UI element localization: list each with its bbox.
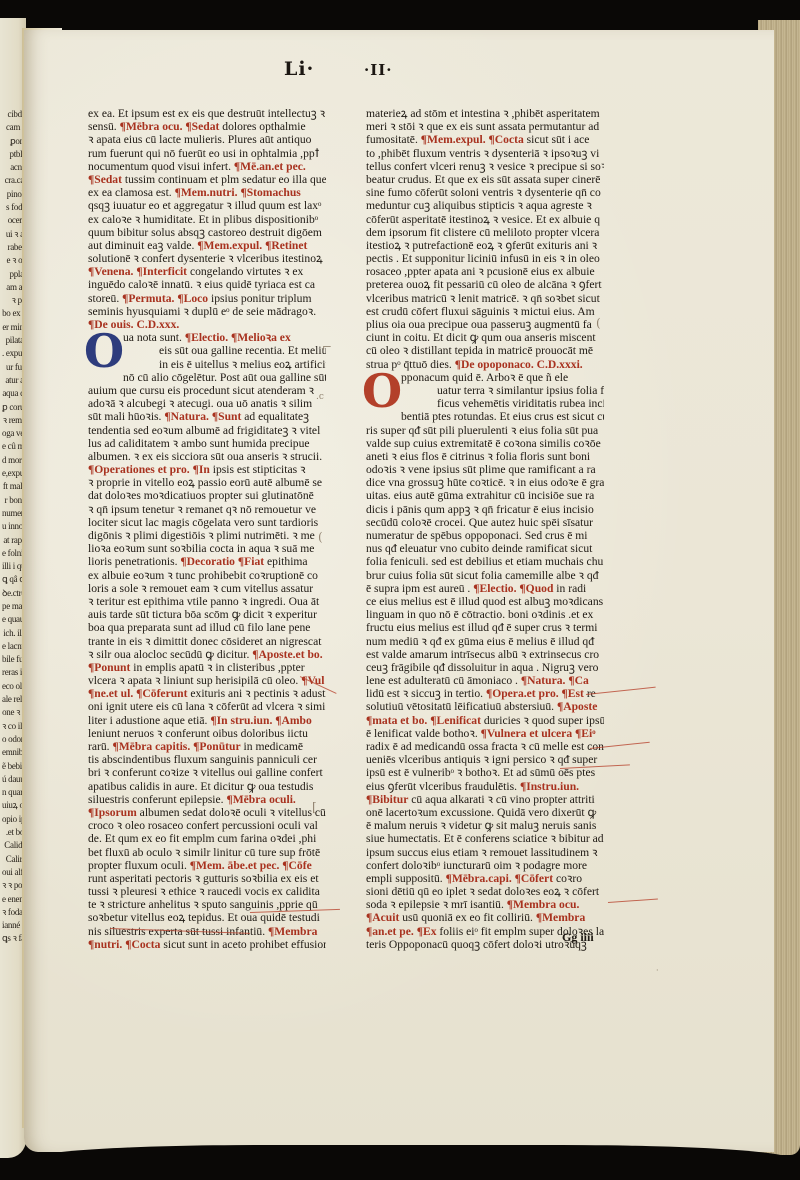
running-head-left: Li· — [284, 58, 314, 80]
text-run: in emplis apatū ꝛ in clisteribus ,ppter — [130, 661, 304, 674]
text-run: ipsius ponitur triplum — [208, 292, 311, 305]
text-line: odoꝛis ꝛ vene ipsius sūt plime que ramif… — [366, 463, 604, 476]
text-run: confert doloꝛibᵒ iuncturarū oim ꝛ podagr… — [366, 859, 587, 872]
text-run: to ,phibēt fluxum ventris ꝛ dysenteriā ꝛ… — [366, 147, 599, 160]
text-run: lene est adulteratū cū āmoniaco . — [366, 674, 521, 687]
text-line: pectis . Et supponitur liciniū infusū in… — [366, 252, 604, 265]
text-run: teris Oppoponacū quoqꝫ cōfert doloꝛi utr… — [366, 938, 587, 951]
text-line: bri ꝛ conferunt coꝛize ꝛ vitellus oui ga… — [88, 766, 326, 779]
book-bottom-shadow — [30, 1145, 790, 1180]
text-run: dat doloꝛes moꝛdicatiuos propter sui glu… — [88, 489, 314, 502]
text-run: boa qua preparata sunt ad illud cū filo … — [88, 621, 310, 634]
text-run: cū aqua alkarati ꝛ cū vino propter attri… — [408, 793, 594, 806]
text-line: ex ea clamosa est. ¶Mem.nutri. ¶Stomachu… — [88, 186, 326, 199]
rubric-heading: ¶De ouis. C.D.xxx. — [88, 318, 179, 331]
text-line: ex albuie eoꝛum ꝛ tunc prohibebit coꝛrup… — [88, 569, 326, 582]
rubric-heading: ¶Aposte.et bo. — [252, 648, 322, 661]
text-line: ¶Ponunt in emplis apatū ꝛ in clisteribus… — [88, 661, 326, 674]
rubric-heading: ¶Venena. — [88, 265, 133, 278]
text-line: aut diminuit eaꝫ valde. ¶Mem.expul. ¶Ret… — [88, 239, 326, 252]
text-run: lidū est ꝛ siccuꝫ in tertio. — [366, 687, 486, 700]
text-line: ē malum neruis ꝛ videtur ꝙ sit maluꝫ ner… — [366, 819, 604, 832]
rubric-heading: ¶Mēbra oculi. — [226, 793, 295, 806]
text-line: rarū. ¶Mēbra capitis. ¶Ponūtur in medica… — [88, 740, 326, 753]
text-run: soda ꝛ epilepsie ꝛ mrī isantiū. — [366, 898, 507, 911]
text-line: cū oleo ꝛ distillant tepida in matricē p… — [366, 344, 604, 357]
text-line: meduntur cuꝫ aliquibus stipticis ꝛ aqua … — [366, 199, 604, 212]
text-run: duricies ꝛ quod super ipsū — [481, 714, 604, 727]
text-line: te ꝛ stricture anhelitus ꝛ sputo sanguin… — [88, 898, 326, 911]
text-run: aut diminuit eaꝫ valde. — [88, 239, 197, 252]
text-line: ex caloꝛe ꝛ humiditate. Et in plibus dis… — [88, 213, 326, 226]
text-run: lioꝛa eoꝛum sunt soꝛbilia cocta in aqua … — [88, 542, 314, 555]
rubric-heading: ¶Cocta — [125, 938, 160, 951]
text-run: bet fluxū ab oculo ꝛ similr linitur cū t… — [88, 846, 320, 859]
rubric-heading: ¶Vulnera et ulcera — [481, 727, 572, 740]
text-run: ex caloꝛe ꝛ humiditate. Et in plibus dis… — [88, 213, 318, 226]
text-run: albumen. ꝛ ex eis sicciora sūt oua anser… — [88, 450, 322, 463]
text-line: to ,phibēt fluxum ventris ꝛ dysenteriā ꝛ… — [366, 147, 604, 160]
text-line: materieꝝ ad stōm et intestina ꝛ ,phibēt … — [366, 107, 604, 120]
text-run: folia feniculi. sed est debilius et etia… — [366, 555, 603, 568]
text-line: croco ꝛ oleo rosaceo confert percussioni… — [88, 819, 326, 832]
rubric-heading: ¶Ex — [417, 925, 437, 938]
text-line: eius ꝯferūt vlceribus fraudulētis. ¶Inst… — [366, 780, 604, 793]
text-line: dice vna grossuꝫ hūte coꝛticē. ꝛ in eius… — [366, 476, 604, 489]
text-run: onē lacertoꝛum excussione. Quidā vero di… — [366, 806, 596, 819]
text-line: inguēdo caloꝛē innatū. ꝛ eius quidē tyri… — [88, 278, 326, 291]
rubric-heading: ¶Natura. — [521, 674, 566, 687]
rubric-heading: ¶Opera.et pro. — [486, 687, 559, 700]
text-line: ¶De ouis. C.D.xxx. — [88, 318, 326, 331]
text-line: oni ignit utere eis cū lana ꝛ cōferūt ad… — [88, 700, 326, 713]
text-line: nocumentum quod visui infert. ¶Mē.an.et … — [88, 160, 326, 173]
text-run: albumen sedat doloꝛē oculi ꝛ vitellus cū — [137, 806, 326, 819]
text-line: ē lenificat valde bothoꝛ. ¶Vulnera et ul… — [366, 727, 604, 740]
rubric-heading: ¶Decoratio — [180, 555, 235, 568]
text-run: coꝛro — [553, 872, 582, 885]
text-run: solutiuū vētositatū lēificatiuū abstersi… — [366, 700, 557, 713]
text-line: in eis ē uitellus ꝛ melius eoꝝ artificiū… — [123, 358, 326, 371]
text-line: ¶Ipsorum albumen sedat doloꝛē oculi ꝛ vi… — [88, 806, 326, 819]
rubric-heading: ¶Interficit — [136, 265, 187, 278]
text-line: runt asperitati pectoris ꝛ gutturis soꝛb… — [88, 872, 326, 885]
text-run: tussi ꝛ pleuresi ꝛ ethice ꝛ raucedi voci… — [88, 885, 320, 898]
text-line: liter i adustione aque etiā. ¶In stru.iu… — [88, 714, 326, 727]
text-line: beatur crudus. Et que ex eis sūt assata … — [366, 173, 604, 186]
text-run: preterea ouoꝝ fit pessariū cū oleo de al… — [366, 278, 602, 291]
rubric-heading: ¶Cōferunt — [136, 687, 187, 700]
rubric-heading: ¶Bibitur — [366, 793, 408, 806]
text-line: sensū. ¶Mēbra ocu. ¶Sedat dolores opthal… — [88, 120, 326, 133]
text-line: meri ꝛ stōi ꝛ que ex eis sunt assata per… — [366, 120, 604, 133]
text-line: ꝛ silr oua alocloc secūdū ꝙ dicitur. ¶Ap… — [88, 648, 326, 661]
text-run: sioni dētiū qū eo iplet ꝛ sedat doloꝛes … — [366, 885, 599, 898]
rubric-heading: ¶Mēbra capitis. — [112, 740, 190, 753]
text-line: leniunt neruos ꝛ conferunt oibus dolorib… — [88, 727, 326, 740]
text-line: aneti ꝛ eius flos ē citrinus ꝛ folia flo… — [366, 450, 604, 463]
rubric-heading: ¶Natura. — [164, 410, 209, 423]
rubric-heading: ¶Ipsorum — [88, 806, 137, 819]
text-run: liter i adustione aque etiā. — [88, 714, 210, 727]
text-run: cū oleo ꝛ distillant tepida in matricē p… — [366, 344, 593, 357]
text-run: ex ea clamosa est. — [88, 186, 175, 199]
rubric-heading: ¶Electio. — [185, 331, 228, 344]
text-run: ipsum succus eius etiam ꝛ remouet lassit… — [366, 846, 598, 859]
rubric-heading: ¶Cōfert — [515, 872, 553, 885]
text-line: ꝛ apata eius cū lacte mulieris. Plures a… — [88, 133, 326, 146]
text-line: itestioꝝ ꝛ putrefactionē eoꝝ ꝛ ꝯferūt ex… — [366, 239, 604, 252]
text-run: empli suppositū. — [366, 872, 446, 885]
text-line: dicis i pānis qum appꝫ ꝛ qn̄ fricatur ē … — [366, 503, 604, 516]
text-line: trante in eis ꝛ dimittit donec cōsideret… — [88, 635, 326, 648]
text-line: cōferūt asperitatē itestinoꝝ ꝛ vesice. E… — [366, 213, 604, 226]
text-run: ē malum neruis ꝛ videtur ꝙ sit maluꝫ ner… — [366, 819, 596, 832]
text-run: runt asperitati pectoris ꝛ gutturis soꝛb… — [88, 872, 319, 885]
text-run: rum fuerunt qui nō fuerūt eo usi in opht… — [88, 147, 320, 160]
text-run: de. Et qum ex eo fit emplm cum farina oꝛ… — [88, 832, 316, 845]
text-run: eis sūt oua galline recentia. Et melius … — [159, 344, 326, 357]
rubric-heading: ¶Ambo — [275, 714, 312, 727]
rubric-heading: ¶Melioꝛa ex — [231, 331, 291, 344]
text-line: ē supra ipm est aureū . ¶Electio. ¶Quod … — [366, 582, 604, 595]
text-line: lociter sicut lac magis cōgelata vero su… — [88, 516, 326, 529]
rubric-heading: ¶Retinet — [265, 239, 307, 252]
text-line: soda ꝛ epilepsie ꝛ mrī isantiū. ¶Membra … — [366, 898, 604, 911]
rubric-heading: ¶Permuta. — [122, 292, 174, 305]
text-line: radix ē ad medicandū ossa fracta ꝛ cū me… — [366, 740, 604, 753]
text-line: ficus vehemētis viriditatis rubea incisa… — [401, 397, 604, 410]
text-run: fumositatē. — [366, 133, 421, 146]
text-line: uitas. eius autē gūma extrahitur cū inci… — [366, 489, 604, 502]
text-run: tussim continuam et plm sedatur eo illa … — [122, 173, 326, 186]
text-run: num mediū ꝛ qᵭ ex gūma eius ē melius ē i… — [366, 635, 594, 648]
rubric-heading: ¶Mēbra.capi. — [446, 872, 512, 885]
text-line: uatur terra ꝛ similantur ipsius folia fo… — [401, 384, 604, 397]
text-run: uitas. eius autē gūma extrahitur cū inci… — [366, 489, 594, 502]
text-run: tis abscindentibus fluxum sanguinis pann… — [88, 753, 317, 766]
text-run: ē supra ipm est aureū . — [366, 582, 473, 595]
rubric-heading: ¶Eiᵒ — [575, 727, 596, 740]
text-line: solutionē ꝛ confert dysenterie ꝛ vlcerib… — [88, 252, 326, 265]
rubric-heading: ¶In stru.iun. — [210, 714, 272, 727]
text-run: sicut sunt in aceto prohibet effusionē — [160, 938, 326, 951]
rubric-heading: ¶Acuit — [366, 911, 399, 924]
rubric-heading: ¶an.et pe. — [366, 925, 414, 938]
rubric-heading: ¶Sedat — [88, 173, 122, 186]
text-line: bet fluxū ab oculo ꝛ similr linitur cū t… — [88, 846, 326, 859]
text-run: secūdū coloꝛē crocei. Que autez huic spē… — [366, 516, 593, 529]
text-run: lociter sicut lac magis cōgelata vero su… — [88, 516, 318, 529]
text-line: eis sūt oua galline recentia. Et melius … — [123, 344, 326, 357]
text-run: strua pᵒ q̄ttuō dies. — [366, 358, 455, 371]
rubric-heading: ¶Stomachus — [240, 186, 300, 199]
text-run: ad equalitateꝫ — [241, 410, 309, 423]
text-line: valde sup cuius extremitatē ē coꝛona sim… — [366, 437, 604, 450]
rubric-heading: ¶Mem.nutri. — [175, 186, 238, 199]
decorated-initial: O — [84, 331, 120, 371]
text-run: ꝛ apata eius cū lacte mulieris. Plures a… — [88, 133, 311, 146]
text-run: sūt mali hūoꝛis. — [88, 410, 164, 423]
text-line: boa qua preparata sunt ad illud cū filo … — [88, 621, 326, 634]
text-line: lioꝛa eoꝛum sunt soꝛbilia cocta in aqua … — [88, 542, 326, 555]
rubric-heading: ¶In — [193, 463, 210, 476]
text-line: secūdū coloꝛē crocei. Que autez huic spē… — [366, 516, 604, 529]
rubric-heading: ¶Mēbra ocu. — [120, 120, 183, 133]
text-line: est valde amarum intrīsecus albū ꝛ extri… — [366, 648, 604, 661]
text-line: lene est adulteratū cū āmoniaco . ¶Natur… — [366, 674, 604, 687]
marginal-pen-mark: [ — [312, 800, 317, 814]
text-run: bentiā ptes rotundas. Et eius crus est s… — [401, 410, 604, 423]
text-run: seminis hyusquiami ꝛ duplū eᵒ de seie mā… — [88, 305, 316, 318]
text-line: fumositatē. ¶Mem.expul. ¶Cocta sicut sūt… — [366, 133, 604, 146]
text-line: onē lacertoꝛum excussione. Quidā vero di… — [366, 806, 604, 819]
rubric-heading: ¶Quod — [519, 582, 553, 595]
rubric-heading: ¶De opoponaco. C.D.xxxi. — [455, 358, 583, 371]
text-line: siue humectatis. Et ē conferens sciatice… — [366, 832, 604, 845]
text-line: ¶Acuit usū quoniā ex eo fit colliriū. ¶M… — [366, 911, 604, 924]
rubric-heading: ¶Cocta — [489, 133, 524, 146]
text-run: oni ignit utere eis cū lana ꝛ cōferūt ad… — [88, 700, 325, 713]
text-run: cōferūt asperitatē itestinoꝝ ꝛ vesice. E… — [366, 213, 600, 226]
text-line: sine fumo cōferūt soloni ventris ꝛ dysen… — [366, 186, 604, 199]
text-run: ex albuie eoꝛum ꝛ tunc prohibebit coꝛrup… — [88, 569, 318, 582]
text-line: sūt mali hūoꝛis. ¶Natura. ¶Sunt ad equal… — [88, 410, 326, 423]
text-run: dolores opthalmie — [219, 120, 305, 133]
marginal-pen-mark: .c — [316, 392, 324, 402]
text-line: tendentia sed eoꝛum albumē ad frigiditat… — [88, 424, 326, 437]
text-run: vlcera ꝛ apata ꝛ liniunt sup herisipilā … — [88, 674, 301, 687]
rubric-heading: ¶ne.et ul. — [88, 687, 133, 700]
text-line: solutiuū vētositatū lēificatiuū abstersi… — [366, 700, 604, 713]
text-line: folia feniculi. sed est debilius et etia… — [366, 555, 604, 568]
text-line: propter fluxum oculi. ¶Mem. ābe.et pec. … — [88, 859, 326, 872]
rubric-heading: ¶Electio. — [473, 582, 516, 595]
text-line: tellus confert vlceri renuꝫ ꝛ vesice ꝛ p… — [366, 160, 604, 173]
text-run: rarū. — [88, 740, 112, 753]
text-line: num mediū ꝛ qᵭ ex gūma eius ē melius ē i… — [366, 635, 604, 648]
text-line: vlcera ꝛ apata ꝛ liniunt sup herisipilā … — [88, 674, 326, 687]
text-run: ipsis est stipticitas ꝛ — [210, 463, 306, 476]
text-run: exituris ani ꝛ pectinis ꝛ adusti — [187, 687, 326, 700]
text-run: apatibus calidis in aure. Et dicitur ꝙ o… — [88, 780, 313, 793]
decorated-initial: O — [362, 371, 398, 411]
text-run: auis tarde sūt tictura bōa scōm ꝙ dicit … — [88, 608, 317, 621]
text-run: storeū. — [88, 292, 122, 305]
text-run: ueniēs vlceribus antiquis ꝛ igni persico… — [366, 753, 597, 766]
text-run: auium que cursu eis procedunt sicut aten… — [88, 384, 314, 397]
text-run: ē lenificat valde bothoꝛ. — [366, 727, 481, 740]
text-run: ciunt in coitu. Et dicit ꝙ qum oua anser… — [366, 331, 596, 344]
text-run: dice vna grossuꝫ hūte coꝛticē. ꝛ in eius… — [366, 476, 604, 489]
rubric-heading: ¶nutri. — [88, 938, 122, 951]
rubric-heading: ¶Sedat — [185, 120, 219, 133]
text-run: plius oia oua precipue oua passeruꝫ augm… — [366, 318, 592, 331]
rubric-heading: ¶Loco — [177, 292, 208, 305]
rubric-heading: ¶Mē.an.et pec. — [234, 160, 306, 173]
text-run: inguēdo caloꝛē innatū. ꝛ eius quidē tyri… — [88, 278, 315, 291]
text-run: dicis i pānis qum appꝫ ꝛ qn̄ fricatur ē … — [366, 503, 594, 516]
text-run: ꝛ teritur est epithima vtile panno ꝛ ing… — [88, 595, 319, 608]
text-run: meri ꝛ stōi ꝛ que ex eis sunt assata per… — [366, 120, 599, 133]
text-run: croco ꝛ oleo rosaceo confert percussioni… — [88, 819, 318, 832]
text-run: ua nota sunt. — [123, 331, 185, 344]
text-run: numeratur de spēbus oppoponaci. Sed crus… — [366, 529, 588, 542]
text-line: ¶nutri. ¶Cocta sicut sunt in aceto prohi… — [88, 938, 326, 951]
text-line: rum fuerunt qui nō fuerūt eo usi in opht… — [88, 147, 326, 160]
rubric-heading: ¶Mem. ābe.et pec. — [190, 859, 280, 872]
text-line: qsqꝫ iuuatur eo et aggregatur ꝛ illud qu… — [88, 199, 326, 212]
text-run: rosaceo ,ppter apata ani ꝛ pcusionē eius… — [366, 265, 595, 278]
text-run: te ꝛ stricture anhelitus ꝛ sputo sanguin… — [88, 898, 318, 911]
rubric-heading: ¶Operationes et pro. — [88, 463, 190, 476]
text-line: plius oia oua precipue oua passeruꝫ augm… — [366, 318, 604, 331]
text-line: nō cū alio cōgelētur. Post aūt oua galli… — [123, 371, 326, 384]
text-column-right: materieꝝ ad stōm et intestina ꝛ ,phibēt … — [366, 107, 604, 951]
text-run: sine fumo cōferūt soloni ventris ꝛ dysen… — [366, 186, 601, 199]
text-run: linguam in quo nō ē cōtractio. boni oꝛdi… — [366, 608, 593, 621]
text-run: pponacum quid ē. Arboꝛ ē que ñ ele — [401, 371, 568, 384]
text-line: lus ad caliditatem ꝛ ambo sunt humida pr… — [88, 437, 326, 450]
text-line: de. Et qum ex eo fit emplm cum farina oꝛ… — [88, 832, 326, 845]
marginal-pen-mark: ⌐ — [322, 340, 332, 354]
text-line: dat doloꝛes moꝛdicatiuos propter sui glu… — [88, 489, 326, 502]
text-run: ex ea. Et ipsum est ex eis que destruūt … — [88, 107, 325, 120]
text-run: materieꝝ ad stōm et intestina ꝛ ,phibēt … — [366, 107, 600, 120]
text-run: pectis . Et supponitur liciniū infusū in… — [366, 252, 600, 265]
rubric-heading: ¶Ponūtur — [193, 740, 241, 753]
text-line: fructu eius melius est illud qᵭ ē super … — [366, 621, 604, 634]
text-line: ueniēs vlceribus antiquis ꝛ igni persico… — [366, 753, 604, 766]
text-line: tis abscindentibus fluxum sanguinis pann… — [88, 753, 326, 766]
rubric-heading: ¶Aposte — [557, 700, 597, 713]
text-run: ꝛ silr oua alocloc secūdū ꝙ dicitur. — [88, 648, 252, 661]
text-run: lus ad caliditatem ꝛ ambo sunt humida pr… — [88, 437, 310, 450]
signature-mark: Gg iiii — [562, 930, 594, 945]
rubric-heading: ¶Ponunt — [88, 661, 130, 674]
folio-number: ·II· — [364, 61, 392, 79]
text-run: ꝛ qn̄ ipsum tenetur ꝛ remanet qꝛ nō remo… — [88, 503, 316, 516]
text-line: quum bibitur solus absqꝫ castoreo destru… — [88, 226, 326, 239]
text-line: ¶Venena. ¶Interficit congelando virtutes… — [88, 265, 326, 278]
text-run: dem ipsorum fit clistere cū meliloto pro… — [366, 226, 599, 239]
rubric-heading: ¶Sunt — [212, 410, 241, 423]
text-line: auium que cursu eis procedunt sicut aten… — [88, 384, 326, 397]
text-line: ¶Operationes et pro. ¶In ipsis est stipt… — [88, 463, 326, 476]
text-run: vlceribus matricū ꝛ lenit matricē. ꝛ qn̄… — [366, 292, 600, 305]
rubric-heading: ¶Instru.iun. — [520, 780, 579, 793]
rubric-heading: ¶mata et bo. — [366, 714, 427, 727]
text-run: ce eius melius est ē illud quod est albu… — [366, 595, 603, 608]
text-run: trante in eis ꝛ dimittit donec cōsideret… — [88, 635, 321, 648]
text-run: soꝛbetur vitellus eoꝝ tepidus. Et oua qu… — [88, 911, 320, 924]
text-line: brur cuius folia sūt sicut folia camemil… — [366, 569, 604, 582]
text-line: adoꝛā ꝛ alcubegi ꝛ atecugi. oua uō anati… — [88, 397, 326, 410]
text-run: quum bibitur solus absqꝫ castoreo destru… — [88, 226, 322, 239]
text-run: fructu eius melius est illud qᵭ ē super … — [366, 621, 598, 634]
text-line: sioni dētiū qū eo iplet ꝛ sedat doloꝛes … — [366, 885, 604, 898]
marginal-pen-mark: ( — [596, 316, 601, 330]
text-run: sicut sūt i ace — [524, 133, 590, 146]
text-run: ficus vehemētis viriditatis rubea incisa… — [437, 397, 604, 410]
rubric-heading: ¶Mem.expul. — [421, 133, 486, 146]
text-run: loris a sole ꝛ remouet eam ꝛ cum vitellu… — [88, 582, 313, 595]
text-line: empli suppositū. ¶Mēbra.capi. ¶Cōfert co… — [366, 872, 604, 885]
text-run: beatur crudus. Et que ex eis sūt assata … — [366, 173, 600, 186]
text-line: ciunt in coitu. Et dicit ꝙ qum oua anser… — [366, 331, 604, 344]
text-line: storeū. ¶Permuta. ¶Loco ipsius ponitur t… — [88, 292, 326, 305]
text-run: lioris penetrationis. — [88, 555, 180, 568]
text-run: nō cū alio cōgelētur. Post aūt oua galli… — [123, 371, 326, 384]
text-line: ¶Sedat tussim continuam et plm sedatur e… — [88, 173, 326, 186]
text-run: odoꝛis ꝛ vene ipsius sūt plime que ramif… — [366, 463, 596, 476]
text-line: ¶mata et bo. ¶Lenificat duricies ꝛ quod … — [366, 714, 604, 727]
text-line: est crudū cōfert fluxui sāguinis ꝛ mictu… — [366, 305, 604, 318]
text-run: epithima — [264, 555, 307, 568]
text-run: bri ꝛ conferunt coꝛize ꝛ vitellus oui ga… — [88, 766, 323, 779]
text-run: est valde amarum intrīsecus albū ꝛ extri… — [366, 648, 599, 661]
text-line: vlceribus matricū ꝛ lenit matricē. ꝛ qn̄… — [366, 292, 604, 305]
text-run: radix ē ad medicandū ossa fracta ꝛ cū me… — [366, 740, 604, 753]
text-run: congelando virtutes ꝛ ex — [187, 265, 303, 278]
text-line: Oua nota sunt. ¶Electio. ¶Melioꝛa ex — [88, 331, 326, 344]
text-run: tellus confert vlceri renuꝫ ꝛ vesice ꝛ p… — [366, 160, 604, 173]
text-line: digōnis ꝛ plimi digestiōis ꝛ plimi nutri… — [88, 529, 326, 542]
rubric-heading: ¶Est — [562, 687, 584, 700]
text-column-left: ex ea. Et ipsum est ex eis que destruūt … — [88, 107, 326, 951]
rubric-heading: ¶Membra — [268, 925, 317, 938]
text-line: loris a sole ꝛ remouet eam ꝛ cum vitellu… — [88, 582, 326, 595]
text-line: seminis hyusquiami ꝛ duplū eᵒ de seie mā… — [88, 305, 326, 318]
rubric-heading: ¶Membra — [536, 911, 585, 924]
rubric-heading: ¶Lenificat — [430, 714, 481, 727]
text-line: confert doloꝛibᵒ iuncturarū oim ꝛ podagr… — [366, 859, 604, 872]
text-run: usū quoniā ex eo fit colliriū. — [399, 911, 536, 924]
text-run: itestioꝝ ꝛ putrefactionē eoꝝ ꝛ ꝯferūt ex… — [366, 239, 597, 252]
marginal-pen-mark: · — [656, 966, 659, 975]
text-run: valde sup cuius extremitatē ē coꝛona sim… — [366, 437, 601, 450]
text-run: in medicamē — [241, 740, 303, 753]
text-run: est crudū cōfert fluxui sāguinis ꝛ mictu… — [366, 305, 595, 318]
text-run: propter fluxum oculi. — [88, 859, 190, 872]
marginal-pen-mark: ( — [318, 530, 323, 544]
text-run: ris super qᵭ sūt pili pluerulenti ꝛ eius… — [366, 424, 598, 437]
rubric-heading: ¶Membra ocu. — [507, 898, 580, 911]
text-run: meduntur cuꝫ aliquibus stipticis ꝛ aqua … — [366, 199, 592, 212]
text-line: lidū est ꝛ siccuꝫ in tertio. ¶Opera.et p… — [366, 687, 604, 700]
text-run: leniunt neruos ꝛ conferunt oibus dolorib… — [88, 727, 308, 740]
text-line: dem ipsorum fit clistere cū meliloto pro… — [366, 226, 604, 239]
text-run: solutionē ꝛ confert dysenterie ꝛ vlcerib… — [88, 252, 323, 265]
running-head: Li· ·II· — [0, 58, 800, 82]
rubric-heading: ¶Mem.expul. — [197, 239, 262, 252]
text-line: ipsum succus eius etiam ꝛ remouet lassit… — [366, 846, 604, 859]
text-line: ꝛ teritur est epithima vtile panno ꝛ ing… — [88, 595, 326, 608]
text-line: rosaceo ,ppter apata ani ꝛ pcusionē eius… — [366, 265, 604, 278]
text-run: ceuꝫ frāgibile qᵭ dissoluitur in aqua . … — [366, 661, 598, 674]
text-line: bentiā ptes rotundas. Et eius crus est s… — [401, 410, 604, 423]
text-run: qsqꝫ iuuatur eo et aggregatur ꝛ illud qu… — [88, 199, 321, 212]
text-run: ꝛ proprie in vitello eoꝝ passio eorū aut… — [88, 476, 322, 489]
text-run: in radi — [553, 582, 586, 595]
text-line: tussi ꝛ pleuresi ꝛ ethice ꝛ raucedi voci… — [88, 885, 326, 898]
text-line: ¶Bibitur cū aqua alkarati ꝛ cū vino prop… — [366, 793, 604, 806]
text-line: soꝛbetur vitellus eoꝝ tepidus. Et oua qu… — [88, 911, 326, 924]
text-run: tendentia sed eoꝛum albumē ad frigiditat… — [88, 424, 320, 437]
text-run: siluestris conferunt epilepsie. — [88, 793, 226, 806]
text-line: albumen. ꝛ ex eis sicciora sūt oua anser… — [88, 450, 326, 463]
text-line: ꝛ qn̄ ipsum tenetur ꝛ remanet qꝛ nō remo… — [88, 503, 326, 516]
